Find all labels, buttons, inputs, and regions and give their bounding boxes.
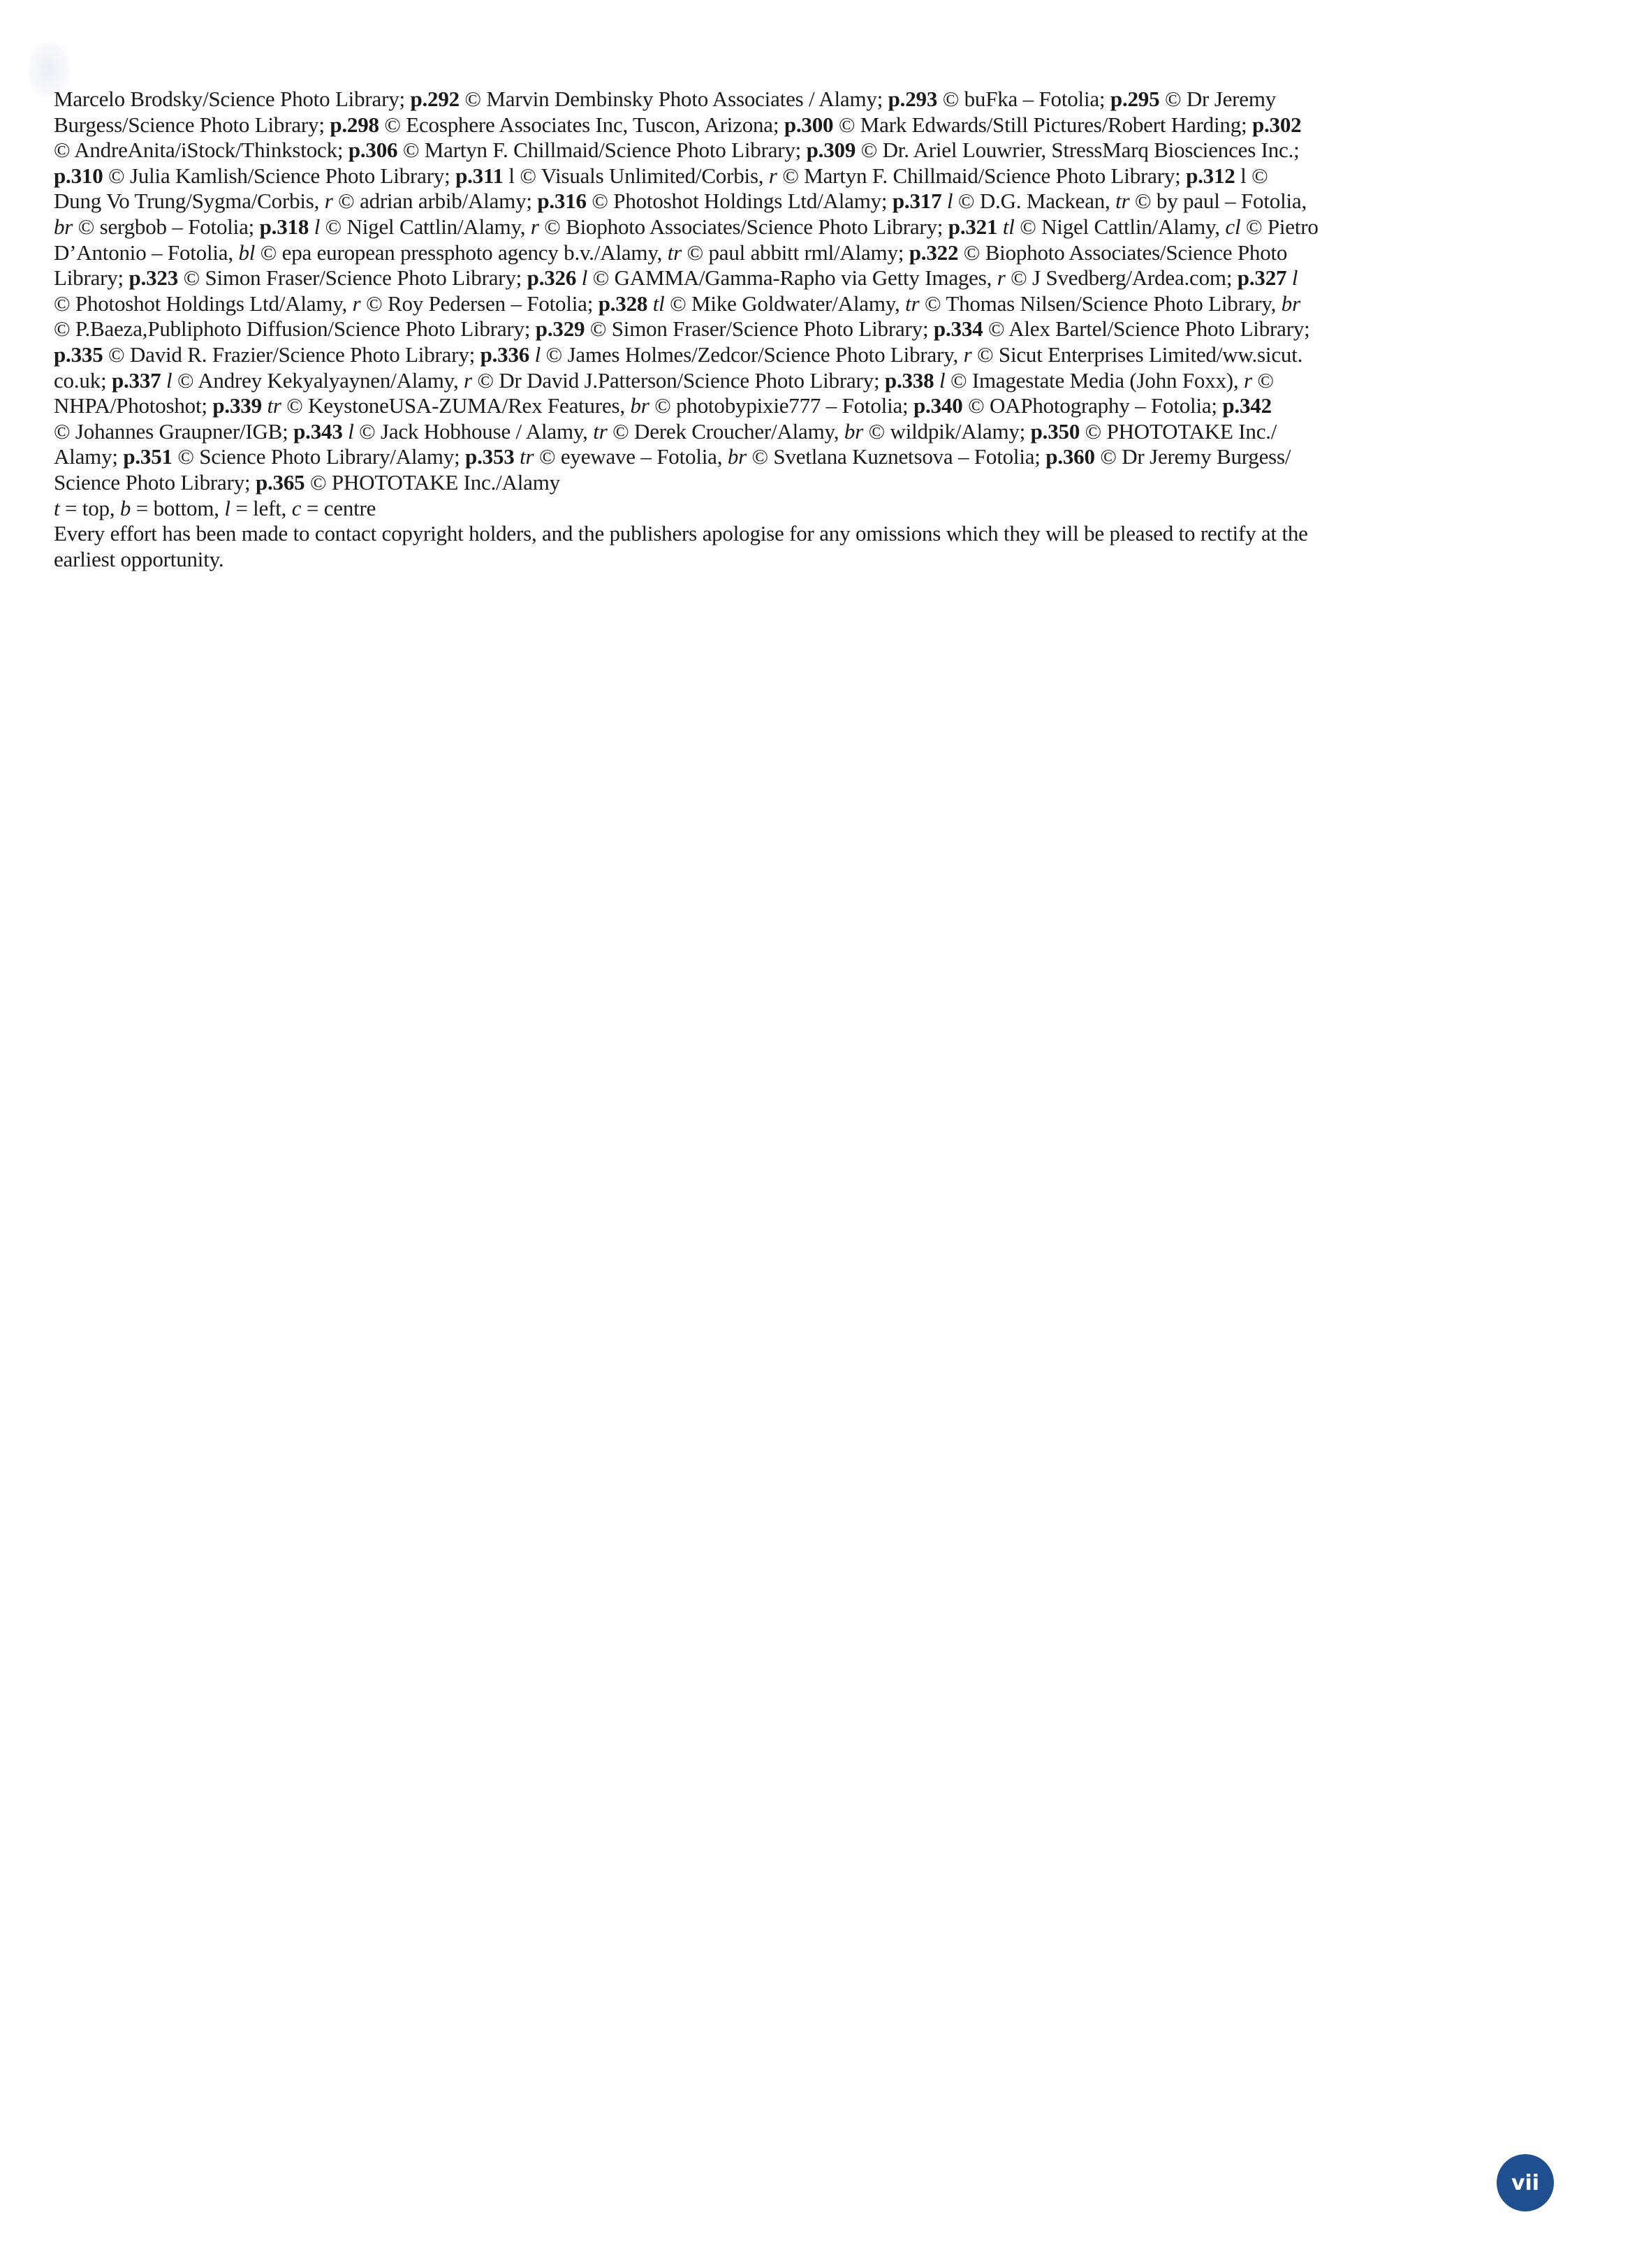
page-reference: p.327 — [1238, 265, 1287, 290]
page-reference: p.340 — [913, 393, 963, 418]
position-code: r — [997, 265, 1006, 290]
credit-text: © Dr Jeremy — [1159, 87, 1276, 111]
page-reference: p.312 — [1186, 163, 1235, 188]
position-code: l — [535, 342, 541, 367]
credit-text — [997, 214, 1003, 239]
credit-text: © Dr Jeremy Burgess/ — [1095, 444, 1291, 469]
credit-text: © Pietro — [1240, 214, 1318, 239]
page-reference: p.351 — [123, 444, 172, 469]
page-reference: p.310 — [54, 163, 103, 188]
credit-text: © PHOTOTAKE Inc./Alamy — [304, 470, 559, 495]
page-reference: p.350 — [1031, 419, 1080, 444]
credit-text: © Biophoto Associates/Science Photo Libr… — [539, 214, 948, 239]
credit-text: © Simon Fraser/Science Photo Library; — [585, 316, 934, 341]
position-code: br — [844, 419, 863, 444]
credit-text — [934, 368, 939, 393]
page-reference: p.300 — [784, 112, 834, 137]
credit-text: © OAPhotography – Fotolia; — [963, 393, 1223, 418]
page-reference: p.298 — [330, 112, 379, 137]
credit-text: = left, — [230, 496, 292, 520]
position-code: br — [1282, 291, 1300, 316]
position-code: tr — [520, 444, 534, 469]
credit-text: © Nigel Cattlin/Alamy, — [320, 214, 531, 239]
page-reference: p.322 — [909, 240, 959, 265]
credit-text: © Roy Pedersen – Fotolia; — [361, 291, 599, 316]
position-code: br — [54, 214, 73, 239]
credit-text — [529, 342, 535, 367]
credit-text: © Martyn F. Chillmaid/Science Photo Libr… — [777, 163, 1186, 188]
position-code: r — [353, 291, 361, 316]
page-reference: p.338 — [885, 368, 934, 393]
credit-text: D’Antonio – Fotolia, — [54, 240, 238, 265]
credit-text: © paul abbitt rml/Alamy; — [682, 240, 909, 265]
credit-text — [576, 265, 582, 290]
credit-text: © Marvin Dembinsky Photo Associates / Al… — [460, 87, 888, 111]
page-reference: p.336 — [480, 342, 530, 367]
credit-line: © Photoshot Holdings Ltd/Alamy, r © Roy … — [54, 291, 1562, 317]
page-reference: p.318 — [260, 214, 309, 239]
credit-text: Alamy; — [54, 444, 123, 469]
page-reference: p.365 — [256, 470, 305, 495]
credit-text: © D.G. Mackean, — [953, 189, 1115, 213]
credit-text: Science Photo Library; — [54, 470, 256, 495]
credit-text: © Alex Bartel/Science Photo Library; — [983, 316, 1309, 341]
credit-text: © David R. Frazier/Science Photo Library… — [103, 342, 480, 367]
credit-text: © Thomas Nilsen/Science Photo Library, — [919, 291, 1281, 316]
page-reference: p.292 — [410, 87, 460, 111]
position-code: l — [582, 265, 587, 290]
credit-line: Burgess/Science Photo Library; p.298 © E… — [54, 112, 1562, 138]
credit-text: © Dr David J.Patterson/Science Photo Lib… — [472, 368, 885, 393]
position-code: br — [630, 393, 649, 418]
credit-text: Burgess/Science Photo Library; — [54, 112, 330, 137]
credit-line: Dung Vo Trung/Sygma/Corbis, r © adrian a… — [54, 189, 1562, 214]
position-key: t = top, b = bottom, l = left, c = centr… — [54, 496, 1562, 522]
credit-line: br © sergbob – Fotolia; p.318 l © Nigel … — [54, 214, 1562, 240]
credit-text: © adrian arbib/Alamy; — [333, 189, 538, 213]
page-reference: p.321 — [948, 214, 998, 239]
credit-line: co.uk; p.337 l © Andrey Kekyalyaynen/Ala… — [54, 368, 1562, 394]
credit-text: © Simon Fraser/Science Photo Library; — [178, 265, 527, 290]
position-code: tr — [1115, 189, 1129, 213]
credit-text: © Science Photo Library/Alamy; — [172, 444, 465, 469]
credit-text: © buFka – Fotolia; — [937, 87, 1110, 111]
page-reference: p.311 — [455, 163, 504, 188]
credit-line: Science Photo Library; p.365 © PHOTOTAKE… — [54, 470, 1562, 496]
page-reference: p.328 — [599, 291, 648, 316]
credit-text — [647, 291, 653, 316]
credit-line: p.335 © David R. Frazier/Science Photo L… — [54, 342, 1562, 368]
credit-text: © J Svedberg/Ardea.com; — [1006, 265, 1238, 290]
credit-text: © — [1252, 368, 1274, 393]
position-code: br — [728, 444, 747, 469]
position-code: tl — [653, 291, 665, 316]
credit-text: © Mike Goldwater/Alamy, — [665, 291, 906, 316]
position-code: tr — [593, 419, 607, 444]
page-reference: p.334 — [934, 316, 983, 341]
photo-credits-block: Marcelo Brodsky/Science Photo Library; p… — [54, 87, 1562, 572]
credit-text — [309, 214, 314, 239]
credit-text: © Andrey Kekyalyaynen/Alamy, — [172, 368, 464, 393]
position-code: r — [769, 163, 777, 188]
position-code: tr — [668, 240, 682, 265]
credit-text — [941, 189, 947, 213]
page-reference: p.342 — [1222, 393, 1272, 418]
page-reference: p.343 — [293, 419, 343, 444]
page-reference: p.317 — [893, 189, 942, 213]
credit-text: © Martyn F. Chillmaid/Science Photo Libr… — [397, 138, 806, 162]
credit-text: © by paul – Fotolia, — [1129, 189, 1307, 213]
page-reference: p.329 — [536, 316, 585, 341]
credit-text: © Imagestate Media (John Foxx), — [945, 368, 1244, 393]
credit-text: Library; — [54, 265, 129, 290]
page-reference: p.295 — [1110, 87, 1160, 111]
position-code: b — [120, 496, 131, 520]
credit-text: l © Visuals Unlimited/Corbis, — [504, 163, 769, 188]
position-code: bl — [238, 240, 255, 265]
position-code: c — [292, 496, 302, 520]
page-number-badge: vii — [1497, 2154, 1554, 2211]
credit-text: Dung Vo Trung/Sygma/Corbis, — [54, 189, 325, 213]
position-code: l — [348, 419, 353, 444]
credit-text: © Photoshot Holdings Ltd/Alamy, — [54, 291, 353, 316]
credit-text: © Derek Croucher/Alamy, — [608, 419, 844, 444]
credit-line: D’Antonio – Fotolia, bl © epa european p… — [54, 240, 1562, 266]
credit-text — [515, 444, 520, 469]
credit-text: co.uk; — [54, 368, 112, 393]
credit-line: Alamy; p.351 © Science Photo Library/Ala… — [54, 444, 1562, 470]
page-reference: p.293 — [888, 87, 938, 111]
position-code: l — [1292, 265, 1298, 290]
page-number: vii — [1511, 2171, 1539, 2195]
credit-text: © Johannes Graupner/IGB; — [54, 419, 293, 444]
credit-text: l © — [1235, 163, 1268, 188]
disclaimer-line-2: earliest opportunity. — [54, 547, 1562, 573]
credit-text: © Julia Kamlish/Science Photo Library; — [103, 163, 456, 188]
credit-text: © Ecosphere Associates Inc, Tuscon, Ariz… — [379, 112, 784, 137]
page-reference: p.326 — [527, 265, 577, 290]
credit-line: Library; p.323 © Simon Fraser/Science Ph… — [54, 265, 1562, 291]
page-reference: p.335 — [54, 342, 103, 367]
credit-text: © Jack Hobhouse / Alamy, — [354, 419, 594, 444]
credit-text — [161, 368, 166, 393]
credit-text: © P.Baeza,Publiphoto Diffusion/Science P… — [54, 316, 536, 341]
credit-text: = top, — [59, 496, 120, 520]
page-reference: p.353 — [465, 444, 515, 469]
credit-text: © James Holmes/Zedcor/Science Photo Libr… — [541, 342, 964, 367]
credit-text: © AndreAnita/iStock/Thinkstock; — [54, 138, 348, 162]
credit-text: © Nigel Cattlin/Alamy, — [1015, 214, 1226, 239]
page-reference: p.302 — [1252, 112, 1302, 137]
page-reference: p.309 — [807, 138, 856, 162]
position-code: tl — [1003, 214, 1015, 239]
credit-text: © PHOTOTAKE Inc./ — [1080, 419, 1277, 444]
page-reference: p.316 — [537, 189, 587, 213]
page-reference: p.337 — [112, 368, 161, 393]
position-code: r — [964, 342, 972, 367]
position-code: cl — [1225, 214, 1240, 239]
credit-line: Marcelo Brodsky/Science Photo Library; p… — [54, 87, 1562, 112]
credit-text: © eyewave – Fotolia, — [534, 444, 727, 469]
page-reference: p.323 — [129, 265, 179, 290]
credit-text: © KeystoneUSA-ZUMA/Rex Features, — [281, 393, 631, 418]
credit-line: © Johannes Graupner/IGB; p.343 l © Jack … — [54, 419, 1562, 445]
disclaimer-line-1: Every effort has been made to contact co… — [54, 521, 1562, 547]
position-code: r — [464, 368, 472, 393]
position-code: tr — [905, 291, 919, 316]
position-code: tr — [267, 393, 281, 418]
position-code: l — [314, 214, 320, 239]
credit-text: © photobypixie777 – Fotolia; — [649, 393, 913, 418]
credit-text: © Svetlana Kuznetsova – Fotolia; — [747, 444, 1045, 469]
position-code: r — [531, 214, 539, 239]
credit-lines: Marcelo Brodsky/Science Photo Library; p… — [54, 87, 1562, 496]
credit-text: © GAMMA/Gamma-Rapho via Getty Images, — [587, 265, 997, 290]
credit-text: © Sicut Enterprises Limited/ww.sicut. — [971, 342, 1302, 367]
page-reference: p.360 — [1045, 444, 1095, 469]
credit-text: © epa european pressphoto agency b.v./Al… — [255, 240, 668, 265]
credit-line: NHPA/Photoshot; p.339 tr © KeystoneUSA-Z… — [54, 393, 1562, 419]
credit-text: © sergbob – Fotolia; — [73, 214, 259, 239]
page-reference: p.339 — [212, 393, 262, 418]
credit-text: © Photoshot Holdings Ltd/Alamy; — [587, 189, 893, 213]
page-reference: p.306 — [348, 138, 398, 162]
credit-text: = centre — [301, 496, 376, 520]
credit-text: NHPA/Photoshot; — [54, 393, 212, 418]
credit-text: © Dr. Ariel Louwrier, StressMarq Bioscie… — [856, 138, 1299, 162]
credit-line: © AndreAnita/iStock/Thinkstock; p.306 © … — [54, 138, 1562, 163]
credit-text: = bottom, — [131, 496, 224, 520]
position-code: r — [1244, 368, 1252, 393]
position-code: l — [224, 496, 230, 520]
credit-text — [1286, 265, 1292, 290]
credit-text: © wildpik/Alamy; — [863, 419, 1031, 444]
position-code: r — [325, 189, 333, 213]
credit-line: p.310 © Julia Kamlish/Science Photo Libr… — [54, 163, 1562, 189]
credit-line: © P.Baeza,Publiphoto Diffusion/Science P… — [54, 316, 1562, 342]
credit-text: © Biophoto Associates/Science Photo — [958, 240, 1287, 265]
credit-text: © Mark Edwards/Still Pictures/Robert Har… — [833, 112, 1252, 137]
credit-text: Marcelo Brodsky/Science Photo Library; — [54, 87, 410, 111]
